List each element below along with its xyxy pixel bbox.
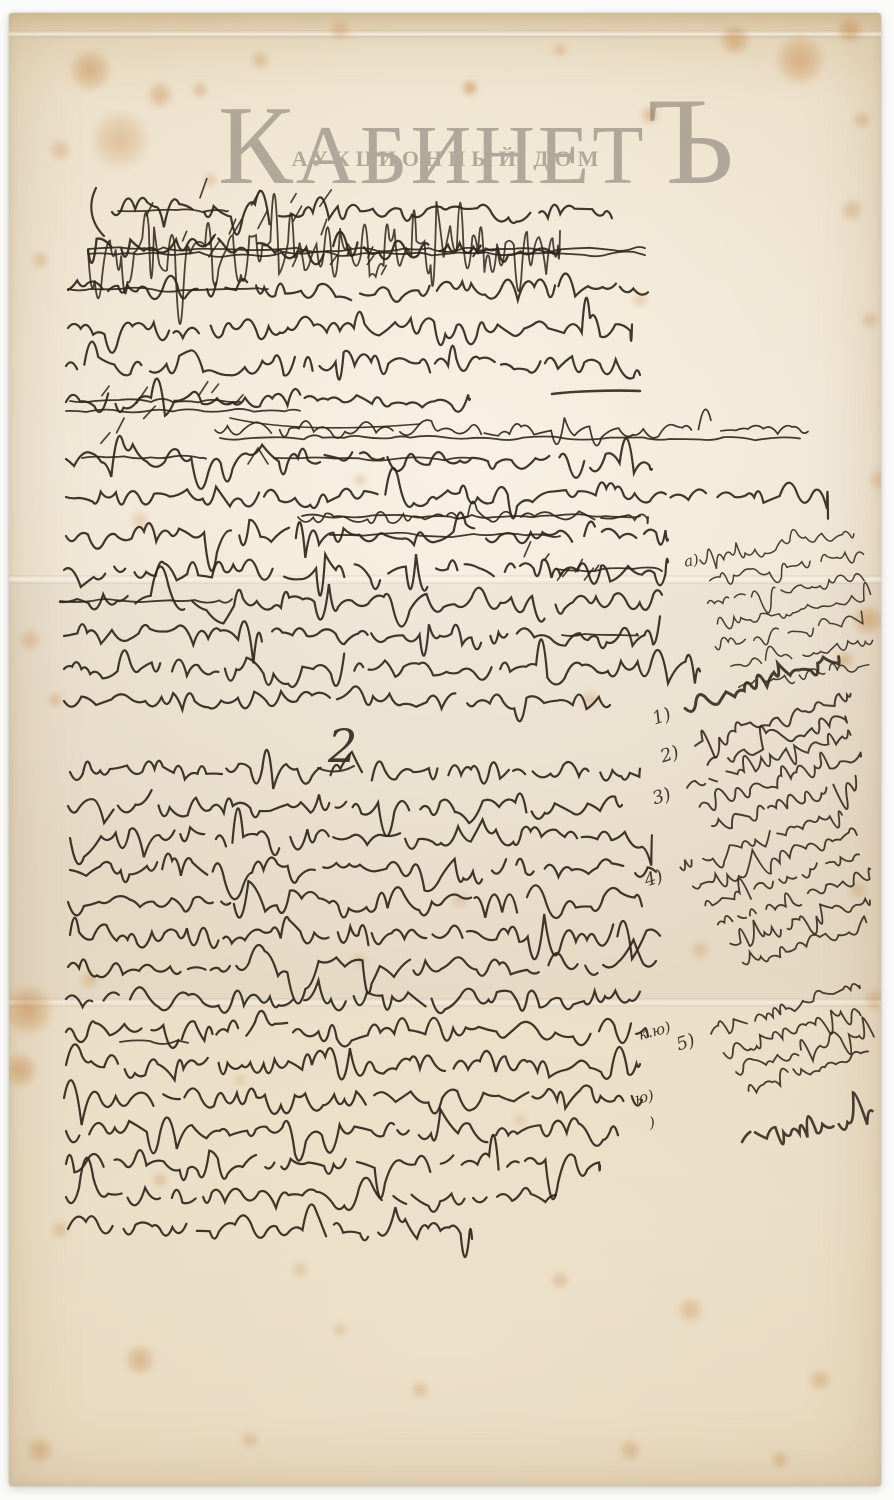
- ink-stroke: [524, 542, 530, 557]
- margin-note-upper: а): [682, 518, 881, 698]
- ink-stroke: [681, 645, 842, 717]
- ink-block-top: [66, 191, 648, 416]
- ink-stroke: [298, 501, 648, 523]
- ink-stroke: [66, 513, 668, 571]
- ink-stroke: [544, 554, 549, 560]
- ink-block-middle: [60, 409, 828, 721]
- ink-stroke: [714, 611, 865, 653]
- ink-stroke: [199, 382, 208, 395]
- ink-stroke: [64, 686, 610, 721]
- handwritten-numeral: ю): [633, 1086, 656, 1108]
- handwritten-numeral: а): [683, 550, 701, 570]
- ink-stroke: [552, 391, 640, 394]
- ink-stroke: [68, 881, 642, 918]
- ink-stroke: [66, 436, 652, 489]
- ink-stroke: [291, 194, 296, 203]
- ink-stroke: [258, 210, 268, 228]
- ink-stroke: [82, 456, 206, 459]
- handwritten-numeral: 3): [650, 784, 674, 810]
- ink-stroke: [66, 468, 828, 519]
- ink-stroke: [101, 433, 110, 443]
- ink-stroke: [66, 1044, 640, 1080]
- handwritten-numeral: 1): [650, 704, 674, 730]
- ink-stroke: [691, 683, 856, 762]
- margin-note-item-5: 5): [674, 976, 881, 1112]
- ink-stroke: [70, 914, 660, 959]
- ink-stroke: [64, 616, 660, 663]
- ink-stroke: [60, 599, 232, 603]
- ink-block-bottom: [64, 750, 660, 1257]
- ink-stroke: [68, 298, 632, 353]
- ink-stroke: [382, 266, 387, 275]
- ink-stroke: [91, 188, 104, 236]
- ink-stroke: [66, 980, 640, 1013]
- margin-note-item-4: 4): [641, 804, 881, 991]
- ink-stroke: [88, 252, 645, 257]
- ink-stroke: [68, 288, 268, 292]
- ink-stroke: [68, 1204, 472, 1257]
- handwriting-svg: а)1)2)3)4)5)к.ю)ю))2: [9, 13, 881, 1486]
- ink-stroke: [293, 206, 301, 221]
- ink-stroke: [212, 384, 219, 392]
- ink-stroke: [70, 808, 652, 865]
- photo-background: КАБИНЕТЪ АУКЦИОННЫЙ ДОМ а)1)2)3)4)5)к.ю)…: [0, 0, 894, 1500]
- paper-surface: КАБИНЕТЪ АУКЦИОННЫЙ ДОМ а)1)2)3)4)5)к.ю)…: [9, 13, 881, 1486]
- ink-stroke: [698, 519, 856, 571]
- ink-stroke: [678, 808, 846, 879]
- ink-stroke: [220, 435, 800, 440]
- margin-note-tail: [737, 1089, 876, 1152]
- ink-stroke: [721, 1002, 863, 1068]
- ink-stroke: [726, 884, 875, 960]
- ink-stroke: [729, 629, 874, 670]
- ink-stroke: [183, 231, 187, 241]
- ink-stroke: [737, 1089, 876, 1152]
- manuscript-page: КАБИНЕТЪ АУКЦИОННЫЙ ДОМ а)1)2)3)4)5)к.ю)…: [9, 13, 881, 1486]
- handwritten-numeral: 4): [641, 866, 666, 892]
- ink-stroke: [200, 179, 207, 198]
- ink-stroke: [117, 418, 125, 433]
- ink-stroke: [695, 741, 863, 814]
- section-number: 2: [327, 719, 357, 773]
- ink-stroke: [112, 191, 612, 235]
- ink-stroke: [68, 274, 648, 302]
- ink-stroke: [330, 533, 560, 537]
- ink-stroke: [708, 977, 861, 1039]
- handwritten-numeral: ): [647, 1113, 657, 1132]
- ink-stroke: [88, 194, 560, 324]
- ink-stroke: [302, 514, 640, 518]
- ink-stroke: [66, 342, 640, 380]
- ink-stroke: [144, 406, 156, 418]
- ink-stroke: [64, 1080, 642, 1125]
- margin-note-item-1: 1): [648, 645, 842, 729]
- ink-stroke: [230, 418, 420, 428]
- handwritten-numeral: 2): [657, 742, 682, 768]
- handwritten-numeral: 5): [674, 1030, 698, 1056]
- ink-stroke: [740, 915, 869, 970]
- ink-stroke: [68, 940, 656, 1004]
- handwritten-numeral: к.ю): [636, 1018, 672, 1044]
- ink-stroke: [70, 854, 656, 900]
- ink-stroke: [66, 1109, 618, 1160]
